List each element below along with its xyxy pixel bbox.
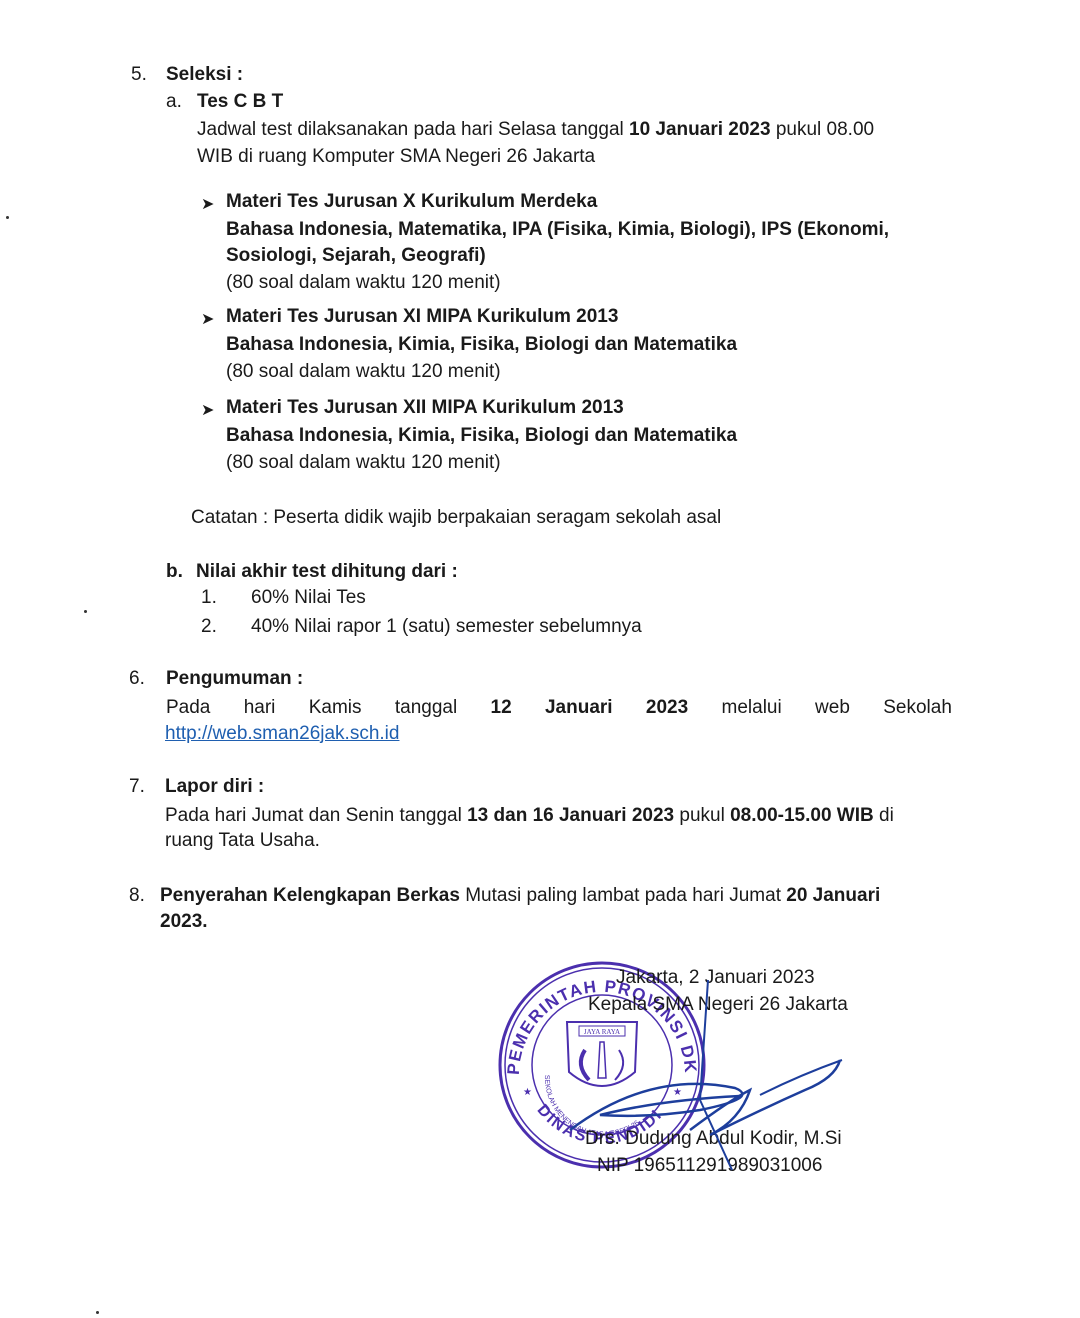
document-page: 5. Seleksi : a. Tes C B T Jadwal test di…	[0, 0, 1080, 1318]
sub-b-letter: b.	[166, 561, 183, 583]
materi-3-heading: Materi Tes Jurusan XII MIPA Kurikulum 20…	[226, 397, 624, 419]
report-line-1: Pada hari Jumat dan Senin tanggal 13 dan…	[165, 805, 894, 827]
announcement-date-year: 2023	[646, 697, 688, 719]
section-6-number: 6.	[129, 668, 145, 690]
submission-title: Penyerahan Kelengkapan Berkas	[160, 885, 460, 906]
schedule-time: pukul 08.00	[771, 119, 875, 140]
materi-1-subjects-1: Bahasa Indonesia, Matematika, IPA (Fisik…	[226, 219, 889, 241]
sub-a-title: Tes C B T	[197, 91, 283, 113]
materi-1-heading: Materi Tes Jurusan X Kurikulum Merdeka	[226, 191, 597, 213]
score-item-1-number: 1.	[201, 587, 217, 609]
submission-date: 20 Januari	[786, 885, 880, 906]
submission-year: 2023.	[160, 911, 208, 933]
arrow-bullet-icon: ➤	[201, 309, 214, 329]
score-item-2-text: 40% Nilai rapor 1 (satu) semester sebelu…	[251, 616, 642, 638]
arrow-bullet-icon: ➤	[201, 400, 214, 420]
scan-speck	[84, 610, 87, 613]
report-text: Pada hari Jumat dan Senin tanggal	[165, 805, 467, 826]
announcement-date-day: 12	[491, 697, 512, 719]
schedule-date: 10 Januari 2023	[629, 119, 771, 140]
section-7-title: Lapor diri :	[165, 776, 264, 798]
report-hours: 08.00-15.00 WIB	[730, 805, 874, 826]
announcement-date-month: Januari	[545, 697, 613, 719]
materi-2-subjects: Bahasa Indonesia, Kimia, Fisika, Biologi…	[226, 334, 737, 356]
materi-1-subjects-2: Sosiologi, Sejarah, Geografi)	[226, 245, 486, 267]
announcement-word: Sekolah	[883, 697, 952, 719]
section-8-number: 8.	[129, 885, 145, 907]
report-line-2: ruang Tata Usaha.	[165, 830, 320, 852]
schedule-line-2: WIB di ruang Komputer SMA Negeri 26 Jaka…	[197, 146, 595, 168]
score-item-1-text: 60% Nilai Tes	[251, 587, 366, 609]
scan-speck	[6, 216, 9, 219]
materi-3-subjects: Bahasa Indonesia, Kimia, Fisika, Biologi…	[226, 425, 737, 447]
announcement-word: Kamis	[309, 697, 362, 719]
announcement-word: tanggal	[395, 697, 457, 719]
note-text: Catatan : Peserta didik wajib berpakaian…	[191, 507, 721, 529]
score-item-2-number: 2.	[201, 616, 217, 638]
sub-a-letter: a.	[166, 91, 182, 113]
handwritten-signature-icon	[560, 960, 860, 1190]
section-7-number: 7.	[129, 776, 145, 798]
submission-line-1: Penyerahan Kelengkapan Berkas Mutasi pal…	[160, 885, 880, 907]
announcement-word: Pada	[166, 697, 210, 719]
materi-2-duration: (80 soal dalam waktu 120 menit)	[226, 361, 501, 383]
announcement-word: melalui	[722, 697, 782, 719]
materi-1-duration: (80 soal dalam waktu 120 menit)	[226, 272, 501, 294]
announcement-line: Pada hari Kamis tanggal 12 Januari 2023 …	[166, 697, 952, 719]
schedule-text: Jadwal test dilaksanakan pada hari Selas…	[197, 119, 629, 140]
school-website-link[interactable]: http://web.sman26jak.sch.id	[165, 723, 399, 745]
schedule-line-1: Jadwal test dilaksanakan pada hari Selas…	[197, 119, 874, 141]
scan-speck	[96, 1311, 99, 1314]
report-dates: 13 dan 16 Januari 2023	[467, 805, 674, 826]
report-text: di	[874, 805, 894, 826]
section-6-title: Pengumuman :	[166, 668, 303, 690]
report-text: pukul	[674, 805, 730, 826]
announcement-word: web	[815, 697, 850, 719]
materi-3-duration: (80 soal dalam waktu 120 menit)	[226, 452, 501, 474]
sub-b-title: Nilai akhir test dihitung dari :	[196, 561, 458, 583]
materi-2-heading: Materi Tes Jurusan XI MIPA Kurikulum 201…	[226, 306, 618, 328]
arrow-bullet-icon: ➤	[201, 194, 214, 214]
submission-text: Mutasi paling lambat pada hari Jumat	[460, 885, 786, 906]
announcement-word: hari	[244, 697, 276, 719]
svg-text:★: ★	[523, 1087, 532, 1098]
section-5-number: 5.	[131, 64, 147, 86]
section-5-title: Seleksi :	[166, 64, 243, 86]
